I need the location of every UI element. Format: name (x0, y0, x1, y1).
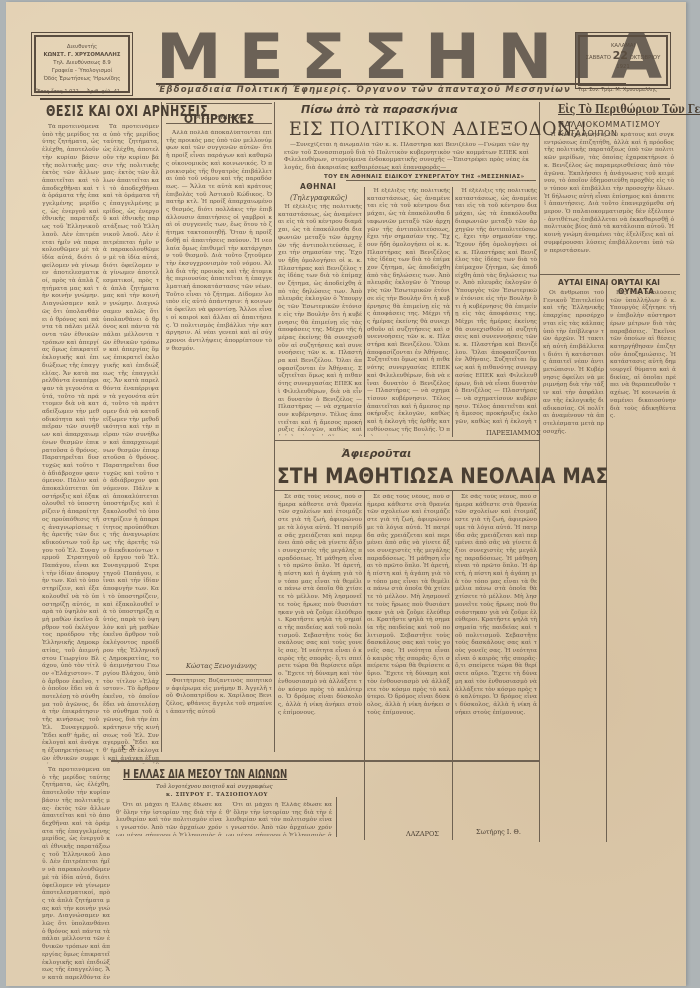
issue-line: Ἔτος ἔτος 1.022 — Ἀριθ. φύλ. 41 (36, 89, 120, 95)
director-name: ΚΩΝΣΤ. Γ. ΧΡΥΣΟΜΑΛΛΗΣ (36, 51, 128, 59)
month: ΟΚΤΩΒΡΙΟΥ (630, 55, 661, 61)
newspaper-subtitle: Έβδομαδιαία Πολιτική Έφημερίς. Όργανον τ… (158, 85, 588, 95)
article-body-thesis-col2: Τὰ προτεινόμενα ὑπὸ τῆς μερίδος ταύτης ζ… (103, 124, 159, 764)
main-rule (40, 98, 670, 100)
ellas-byline-2: κ. ΣΠΥΡΟΥ Γ. ΤΑΣΙΟΠΟΥΛΟΥ (166, 792, 268, 798)
headline-proikes: ΟΙ ΠΡΟΙΚΕΣ (166, 112, 272, 126)
date-box: ΚΑΛΑΜΑΙ ΣΑΒΒΑΤΟ 22 ΟΚΤΩΒΡΙΟΥ 1921 (578, 35, 668, 86)
article-body-ellas-col1: Ὅτι αἱ μάχαι ἡ Ἑλλὰς ἔδωσε καθ' ὅλην τὴν… (116, 802, 222, 836)
price-line: Τιμ. Συν. Τρίμ. Μ. Χρυσομαλλης (578, 87, 657, 93)
subdateline: (Τηλεγραφικῶς) (290, 194, 347, 202)
kicker-behind-scenes: Πίσω ἀπὸ τὰ παρασκήνια (301, 103, 458, 116)
article-body-politikon-col2: Ἡ ἐξέλιξις τῆς πολιτικῆς καταστάσεως, ὡς… (367, 188, 450, 436)
initials-kx: Κ. Χ. (121, 744, 137, 752)
section-rule (274, 490, 539, 491)
column-rule (161, 102, 162, 752)
signature-sotiris: Σωτήρης Ι. Θ. (476, 828, 521, 836)
director-line-3: Γραφεία - Ύπολογισμοί (36, 67, 128, 75)
date-line: ΣΑΒΒΑΤΟ 22 ΟΚΤΩΒΡΙΟΥ (580, 51, 666, 63)
article-deck-politikon: —Συνεχίζεται ἡ ἀνωμαλία τῶν κ. κ. Πλαστή… (284, 142, 529, 173)
article-body-thesis-col3: Τὰ προτεινόμενα ὑπὸ τῆς μερίδος ταύτης ζ… (42, 767, 110, 982)
section-rule (540, 274, 680, 275)
section-rule (351, 170, 451, 171)
section-rule (166, 674, 272, 675)
director-line-4: Όδός Ἐρωτήσεως 'Ηρωνίδης (36, 75, 128, 83)
column-rule (364, 490, 365, 840)
column-rule (606, 282, 607, 842)
headline-politikon: ΕΙΣ ΠΟΛΙΤΙΚΟΝ ΑΔΙΕΞΟΔΟΝ;! (289, 118, 588, 140)
newspaper-title: ΜΕΣΣΗΝΙΑ (156, 29, 556, 86)
director-line-2: Τηλ. Διευθύνσεως 8.9 (36, 59, 128, 67)
section-rule (346, 180, 536, 181)
section-rule (274, 440, 539, 441)
director-label: Διευθυντής (36, 43, 128, 51)
headline-mathitiosa: ΣΤΗ ΜΑΘΗΤΙΩΣΑ ΝΕΟΛΑΙΑ ΜΑΣ (277, 464, 608, 488)
article-body-ellas-col2: Ὅτι αἱ μάχαι ἡ Ἑλλὰς ἔδωσε καθ' ὅλην τὴν… (226, 802, 332, 836)
article-body-thesis-col1: Τὰ προτεινόμενα ὑπὸ τῆς μερίδος ταύτης ζ… (42, 124, 99, 764)
year: 1921 (580, 63, 666, 72)
headline-periorismo: Εἰς Τὸ Περιθώριον Τῶν Γεγονότων (558, 102, 700, 116)
signature-lazaros: ΛΑΖΑΡΟΣ (406, 830, 439, 838)
dateline-athens: ΑΘΗΝΑΙ (300, 182, 336, 191)
kicker-dedicated: Ἀφιεροῦται (342, 447, 411, 460)
column-rule (336, 797, 337, 837)
director-box: Διευθυντής ΚΩΝΣΤ. Γ. ΧΡΥΣΟΜΑΛΛΗΣ Τηλ. Δι… (34, 35, 130, 93)
signature-politikon: ΠΑΡΕΞΙΑΜΜΟΣ (486, 429, 541, 437)
headline-ellas: Η ΕΛΛΑΣ ΔΙΑ ΜΕΣΟΥ ΤΩΝ ΑΙΩΝΩΝ (123, 767, 287, 781)
column-rule (452, 490, 453, 840)
poem-signature: Κώστας Ξενογιάννης (186, 662, 256, 670)
day: ΣΑΒΒΑΤΟ (586, 55, 611, 61)
ellas-byline-1: Τοῦ λογοτέχνου ποιητοῦ καὶ συγγραφέως (156, 784, 273, 790)
article-body-politikon-col3: Ἡ ἐξέλιξις τῆς πολιτικῆς καταστάσεως, ὡς… (455, 188, 537, 426)
article-body-aftai-1: Οἱ ἄνθρωποι τοῦ Γενικοῦ Ἐπιτελείου καὶ τ… (543, 290, 604, 835)
newspaper-page: Διευθυντής ΚΩΝΣΤ. Γ. ΧΡΥΣΟΜΑΛΛΗΣ Τηλ. Δι… (6, 2, 686, 986)
column-rule (364, 187, 365, 437)
article-body-politikon-col1: Ἡ ἐξέλιξις τῆς πολιτικῆς καταστάσεως, ὡς… (278, 204, 362, 436)
article-body-aftai-2: Εἰς τὰς ἀπολύσεις τῶν ὑπαλλήλων ὁ κ. Υπο… (610, 290, 676, 835)
poem-caption: Φοιτήτριος Βυζαντινὸς ποιητικὸν ἀφιέρωμα… (166, 678, 272, 736)
headline-aftai-1: ΑΥΤΑΙ ΕΙΝΑΙ ΟΙ (558, 278, 620, 287)
column-rule (274, 102, 275, 752)
article-body-mathitiosa-col1: Σὲ σᾶς τοὺς νέους, ποὺ σήμερα κάθεστε στ… (278, 494, 362, 756)
article-body-mathitiosa-col3: Σὲ σᾶς τοὺς νέους, ποὺ σήμερα κάθεστε στ… (455, 494, 537, 814)
article-body-proikes: Ἀλλὰ πολλὰ ἀποκαλύπτονται ἐπὶ τῆς προικὸ… (166, 130, 272, 648)
article-body-mathitiosa-col2: Σὲ σᾶς τοὺς νέους, ποὺ σήμερα κάθεστε στ… (367, 494, 450, 824)
article-body-periorismo: Ἡ θέσις ἡ ἄρνησις τοῦ κράτους καὶ συγκεν… (544, 132, 674, 270)
date-number: 22 (613, 49, 628, 62)
column-rule (452, 187, 453, 437)
